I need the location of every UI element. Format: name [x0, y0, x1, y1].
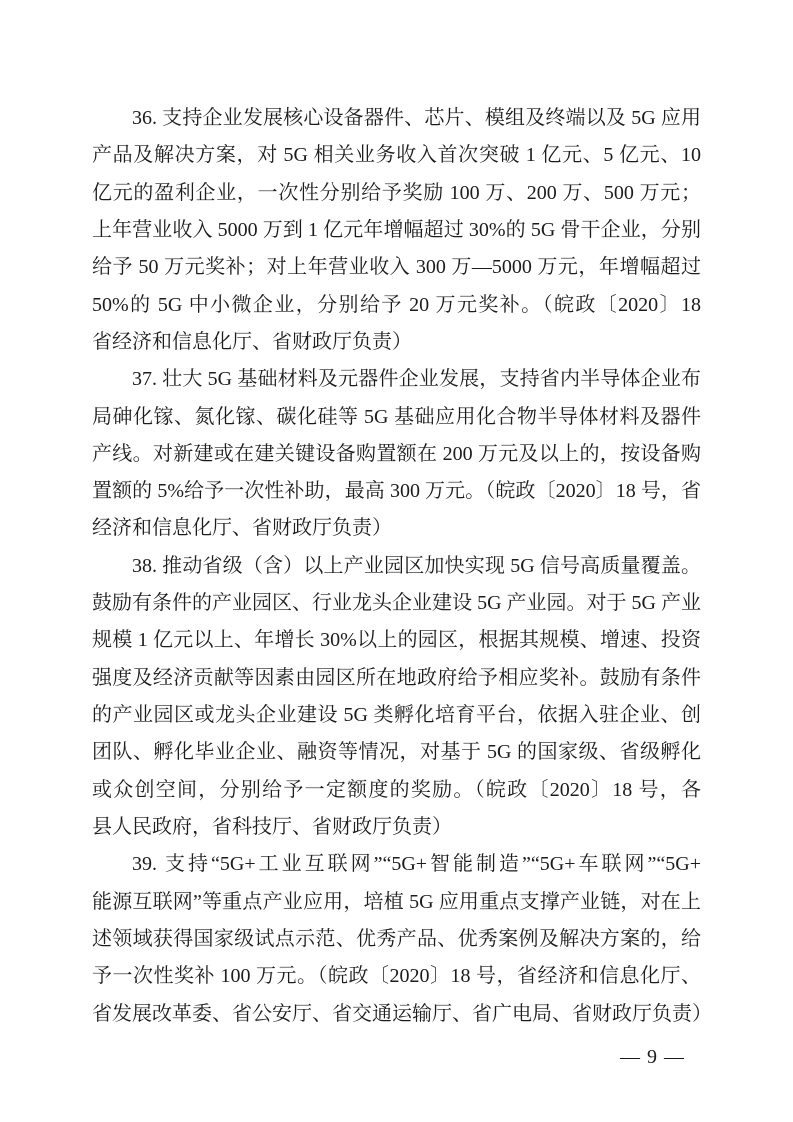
paragraph-37: 37. 壮大 5G 基础材料及元器件企业发展，支持省内半导体企业布局砷化镓、氮化…	[92, 361, 701, 548]
paragraph-38: 38. 推动省级（含）以上产业园区加快实现 5G 信号高质量覆盖。鼓励有条件的产…	[92, 548, 701, 847]
paragraph-39-line-4: 予一次性奖补 100 万元。（皖政〔2020〕18 号，省经济和信息化厅、	[92, 958, 701, 995]
paragraph-37-line-4: 置额的 5%给予一次性补助，最高 300 万元。（皖政〔2020〕18 号，省	[92, 473, 701, 510]
paragraph-38-line-7: 或众创空间，分别给予一定额度的奖励。（皖政〔2020〕18 号，各市、	[92, 772, 701, 809]
paragraph-38-line-1: 38. 推动省级（含）以上产业园区加快实现 5G 信号高质量覆盖。	[92, 548, 701, 585]
paragraph-38-line-6: 团队、孵化毕业企业、融资等情况，对基于 5G 的国家级、省级孵化器	[92, 734, 701, 771]
paragraph-38-line-5: 的产业园区或龙头企业建设 5G 类孵化培育平台，依据入驻企业、创业	[92, 697, 701, 734]
paragraph-37-line-3: 产线。对新建或在建关键设备购置额在 200 万元及以上的，按设备购	[92, 436, 701, 473]
paragraph-38-line-3: 规模 1 亿元以上、年增长 30%以上的园区，根据其规模、增速、投资	[92, 622, 701, 659]
paragraph-39-line-3: 述领域获得国家级试点示范、优秀产品、优秀案例及解决方案的，给	[92, 921, 701, 958]
paragraph-39-line-5: 省发展改革委、省公安厅、省交通运输厅、省广电局、省财政厅负责）	[92, 996, 701, 1033]
paragraph-39: 39. 支持“5G+工业互联网”“5G+智能制造”“5G+车联网”“5G+能源互…	[92, 846, 701, 1033]
paragraph-36-line-5: 给予 50 万元奖补；对上年营业收入 300 万—5000 万元，年增幅超过	[92, 249, 701, 286]
document-page: 36. 支持企业发展核心设备器件、芯片、模组及终端以及 5G 应用产品及解决方案…	[0, 0, 793, 1122]
page-background: { "page": { "background_color": "#ffffff…	[0, 0, 793, 1122]
paragraph-37-line-2: 局砷化镓、氮化镓、碳化硅等 5G 基础应用化合物半导体材料及器件生	[92, 399, 701, 436]
paragraph-36-line-2: 产品及解决方案，对 5G 相关业务收入首次突破 1 亿元、5 亿元、10	[92, 137, 701, 174]
paragraph-36-line-7: 省经济和信息化厅、省财政厅负责）	[92, 324, 701, 361]
paragraph-38-line-8: 县人民政府，省科技厅、省财政厅负责）	[92, 809, 701, 846]
paragraph-38-line-4: 强度及经济贡献等因素由园区所在地政府给予相应奖补。鼓励有条件	[92, 660, 701, 697]
paragraph-36-line-4: 上年营业收入 5000 万到 1 亿元年增幅超过 30%的 5G 骨干企业，分别	[92, 212, 701, 249]
paragraph-38-line-2: 鼓励有条件的产业园区、行业龙头企业建设 5G 产业园。对于 5G 产业	[92, 585, 701, 622]
paragraph-36-line-3: 亿元的盈利企业，一次性分别给予奖励 100 万、200 万、500 万元；对	[92, 175, 701, 212]
paragraph-36-line-1: 36. 支持企业发展核心设备器件、芯片、模组及终端以及 5G 应用	[92, 100, 701, 137]
paragraph-37-line-1: 37. 壮大 5G 基础材料及元器件企业发展，支持省内半导体企业布	[92, 361, 701, 398]
paragraph-39-line-1: 39. 支持“5G+工业互联网”“5G+智能制造”“5G+车联网”“5G+	[92, 846, 701, 883]
paragraph-39-line-2: 能源互联网”等重点产业应用，培植 5G 应用重点支撑产业链，对在上	[92, 884, 701, 921]
page-number: — 9 —	[620, 1045, 685, 1069]
paragraph-37-line-5: 经济和信息化厅、省财政厅负责）	[92, 510, 701, 547]
paragraph-36-line-6: 50%的 5G 中小微企业，分别给予 20 万元奖补。（皖政〔2020〕18 号…	[92, 287, 701, 324]
paragraph-36: 36. 支持企业发展核心设备器件、芯片、模组及终端以及 5G 应用产品及解决方案…	[92, 100, 701, 361]
document-text-block: 36. 支持企业发展核心设备器件、芯片、模组及终端以及 5G 应用产品及解决方案…	[92, 100, 701, 1033]
